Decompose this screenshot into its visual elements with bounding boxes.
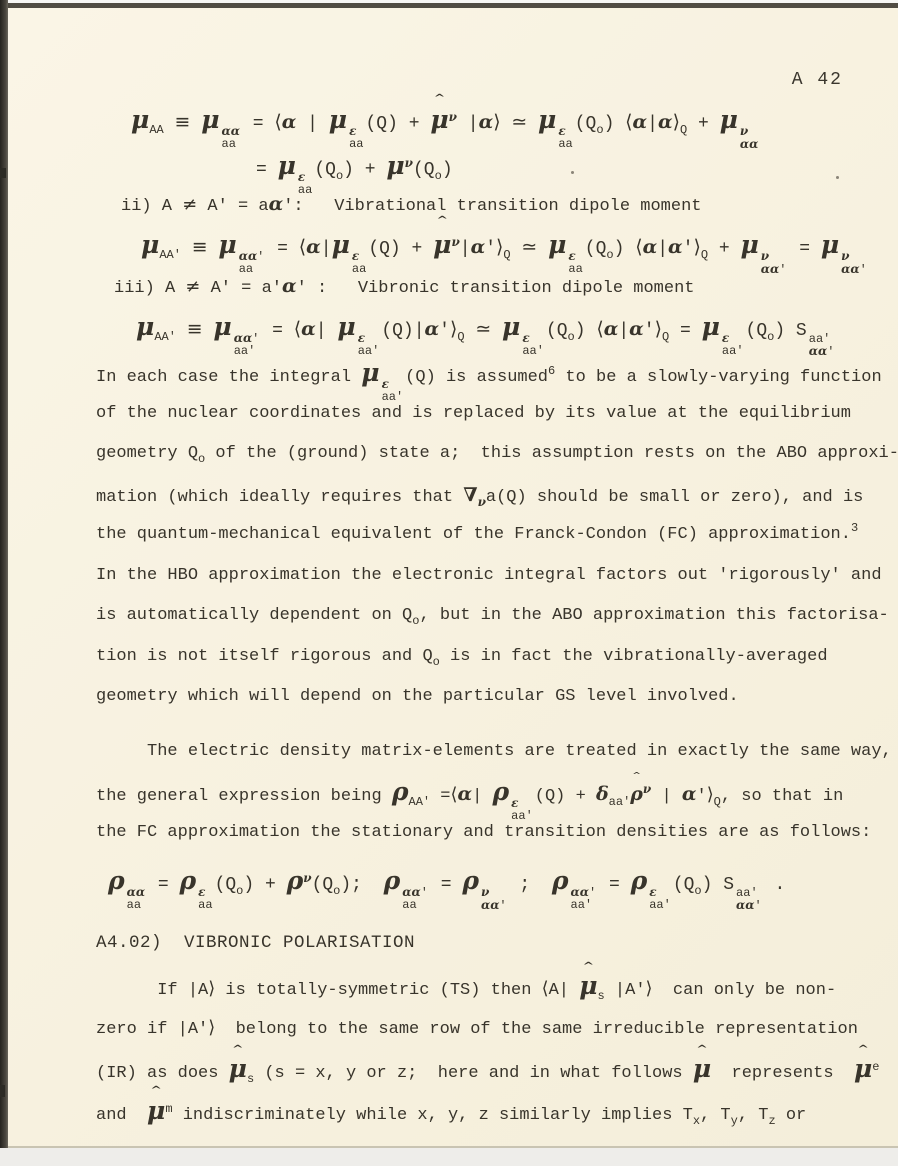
- text-line: the quantum-mechanical equivalent of the…: [96, 515, 868, 556]
- scan-speck: [571, 171, 574, 174]
- paragraph-vibronic-polarisation: If |A⟩ is totally-symmetric (TS) then ⟨A…: [96, 965, 868, 1131]
- scanned-document: { "page_number": "A 42", "ink_color": "#…: [0, 0, 898, 1166]
- scan-speck: [0, 168, 6, 178]
- equation-line: μAA' ≡ μαα'aa = ⟨α|μεaa(Q) + ^μν|α'⟩Q ≃ …: [96, 219, 868, 271]
- equation-vibronic-dipole: μAA' ≡ μαα'aa' = ⟨α| μεaa'(Q)|α'⟩Q ≃ μεa…: [96, 301, 868, 353]
- document-page: A 42 μAA ≡ μααaa = ⟨α | μεaa(Q) + ^μν |α…: [8, 8, 898, 1148]
- equation-vibrational-dipole: μAA' ≡ μαα'aa = ⟨α|μεaa(Q) + ^μν|α'⟩Q ≃ …: [96, 219, 868, 271]
- equation-line: μAA' ≡ μαα'aa' = ⟨α| μεaa'(Q)|α'⟩Q ≃ μεa…: [96, 301, 868, 353]
- text-line: zero if |A'⟩ belong to the same row of t…: [96, 1007, 868, 1049]
- text-line: and ^μm indiscriminately while x, y, z s…: [96, 1090, 868, 1132]
- text-line: geometry Qo of the (ground) state a; thi…: [96, 434, 868, 475]
- scanner-background: [0, 1148, 898, 1166]
- text-line: of the nuclear coordinates and is replac…: [96, 394, 868, 435]
- text-line: the FC approximation the stationary and …: [96, 813, 868, 854]
- item-label-text: iii) A ≠ A' = a'α' : Vibronic transition…: [96, 271, 868, 301]
- section-heading-text: A4.02) VIBRONIC POLARISATION: [96, 927, 868, 959]
- text-line: In the HBO approximation the electronic …: [96, 556, 868, 597]
- text-line: (IR) as does ^μs (s = x, y or z; here an…: [96, 1048, 868, 1090]
- equation-line: μAA ≡ μααaa = ⟨α | μεaa(Q) + ^μν |α⟩ ≃ μ…: [96, 97, 868, 143]
- scan-speck: [836, 176, 839, 179]
- paragraph-fc-approximation: In each case the integral μεaa'(Q) is as…: [96, 353, 868, 718]
- equation-densities: ρααaa = ρεaa(Qo) + ρν(Qo); ραα'aa = ρναα…: [96, 853, 868, 909]
- text-line: tion is not itself rigorous and Qo is in…: [96, 637, 868, 678]
- text-line: The electric density matrix-elements are…: [96, 732, 868, 773]
- text-line: mation (which ideally requires that ∇νa(…: [96, 475, 868, 516]
- text-line: geometry which will depend on the partic…: [96, 677, 868, 718]
- item-label-text: ii) A ≠ A' = aα': Vibrational transition…: [96, 189, 868, 219]
- text-line: If |A⟩ is totally-symmetric (TS) then ⟨A…: [96, 965, 868, 1007]
- text-line: the general expression being ρAA' =⟨α| ρ…: [96, 772, 868, 813]
- section-heading: A4.02) VIBRONIC POLARISATION: [96, 927, 868, 959]
- text-line: is automatically dependent on Qo, but in…: [96, 596, 868, 637]
- equation-stationary-dipole: μAA ≡ μααaa = ⟨α | μεaa(Q) + ^μν |α⟩ ≃ μ…: [96, 97, 868, 189]
- item-iii-label: iii) A ≠ A' = a'α' : Vibronic transition…: [96, 271, 868, 301]
- content-blocks: μAA ≡ μααaa = ⟨α | μεaa(Q) + ^μν |α⟩ ≃ μ…: [96, 97, 868, 1131]
- item-ii-label: ii) A ≠ A' = aα': Vibrational transition…: [96, 189, 868, 219]
- scan-speck: [0, 1085, 5, 1097]
- paragraph-density-matrix: The electric density matrix-elements are…: [96, 732, 868, 854]
- text-line: In each case the integral μεaa'(Q) is as…: [96, 353, 868, 394]
- page-number: A 42: [792, 70, 843, 90]
- equation-line: ρααaa = ρεaa(Qo) + ρν(Qo); ραα'aa = ρναα…: [96, 853, 868, 909]
